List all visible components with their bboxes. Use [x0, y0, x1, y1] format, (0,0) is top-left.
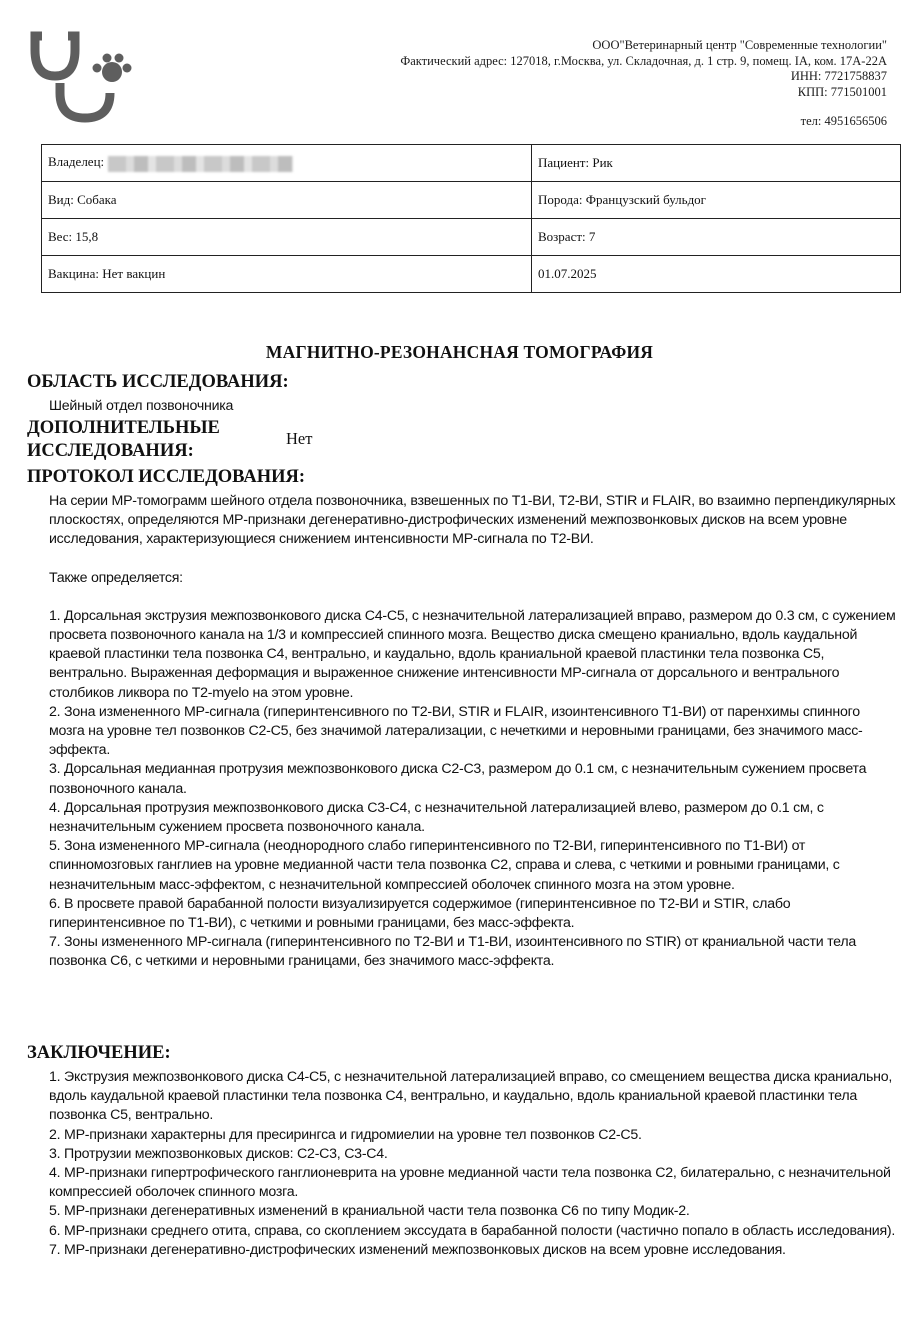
finding-item: 5. Зона измененного МР-сигнала (неодноро…: [49, 837, 899, 895]
finding-item: 2. Зона измененного МР-сигнала (гиперинт…: [49, 703, 899, 761]
conclusion-item: 3. Протрузии межпозвонковых дисков: С2-С…: [49, 1145, 899, 1164]
date-cell: 01.07.2025: [532, 256, 901, 293]
patient-cell: Пациент: Рик: [532, 145, 901, 182]
finding-item: 7. Зоны измененного МР-сигнала (гиперинт…: [49, 933, 899, 971]
conclusion-item: 6. МР-признаки среднего отита, справа, с…: [49, 1222, 899, 1241]
clinic-address: Фактический адрес: 127018, г.Москва, ул.…: [400, 54, 887, 70]
clinic-inn: ИНН: 7721758837: [400, 69, 887, 85]
protocol-heading: ПРОТОКОЛ ИССЛЕДОВАНИЯ:: [27, 466, 305, 488]
conclusion-item: 4. МР-признаки гипертрофического ганглио…: [49, 1164, 899, 1202]
clinic-logo: [30, 28, 140, 128]
protocol-intro: На серии МР-томограмм шейного отдела поз…: [49, 492, 899, 550]
findings-list: 1. Дорсальная экструзия межпозвонкового …: [49, 607, 899, 972]
table-row: Вид: Собака Порода: Французский бульдог: [42, 182, 901, 219]
clinic-kpp: КПП: 771501001: [400, 85, 887, 101]
finding-item: 1. Дорсальная экструзия межпозвонкового …: [49, 607, 899, 703]
patient-info-table: Владелец: Пациент: Рик Вид: Собака Пород…: [41, 144, 901, 293]
table-row: Владелец: Пациент: Рик: [42, 145, 901, 182]
clinic-header: ООО"Ветеринарный центр "Современные техн…: [400, 38, 887, 130]
clinic-phone: тел: 4951656506: [400, 114, 887, 130]
conclusion-list: 1. Экструзия межпозвонкового диска С4-С5…: [49, 1068, 899, 1260]
conclusion-heading: ЗАКЛЮЧЕНИЕ:: [27, 1042, 171, 1064]
finding-item: 6. В просвете правой барабанной полости …: [49, 895, 899, 933]
conclusion-item: 2. МР-признаки характерны для пресирингс…: [49, 1126, 899, 1145]
also-label: Также определяется:: [49, 569, 899, 588]
additional-value: Нет: [286, 429, 312, 449]
age-cell: Возраст: 7: [532, 219, 901, 256]
table-row: Вес: 15,8 Возраст: 7: [42, 219, 901, 256]
table-row: Вакцина: Нет вакцин 01.07.2025: [42, 256, 901, 293]
finding-item: 4. Дорсальная протрузия межпозвонкового …: [49, 799, 899, 837]
vaccine-cell: Вакцина: Нет вакцин: [42, 256, 532, 293]
breed-cell: Порода: Французский бульдог: [532, 182, 901, 219]
protocol-body: На серии МР-томограмм шейного отдела поз…: [49, 492, 899, 972]
owner-label: Владелец:: [48, 154, 104, 169]
owner-redacted: [108, 156, 293, 172]
conclusion-item: 7. МР-признаки дегенеративно-дистрофичес…: [49, 1241, 899, 1260]
additional-heading-line2: ИССЛЕДОВАНИЯ:: [27, 440, 194, 462]
additional-heading-line1: ДОПОЛНИТЕЛЬНЫЕ: [27, 417, 220, 439]
stethoscope-paw-icon: [30, 28, 140, 128]
conclusion-item: 1. Экструзия межпозвонкового диска С4-С5…: [49, 1068, 899, 1126]
clinic-name: ООО"Ветеринарный центр "Современные техн…: [400, 38, 887, 54]
finding-item: 3. Дорсальная медианная протрузия межпоз…: [49, 760, 899, 798]
weight-cell: Вес: 15,8: [42, 219, 532, 256]
report-title: МАГНИТНО-РЕЗОНАНСНАЯ ТОМОГРАФИЯ: [0, 342, 919, 363]
conclusion-item: 5. МР-признаки дегенеративных изменений …: [49, 1202, 899, 1221]
area-heading: ОБЛАСТЬ ИССЛЕДОВАНИЯ:: [27, 371, 289, 393]
owner-cell: Владелец:: [42, 145, 532, 182]
species-cell: Вид: Собака: [42, 182, 532, 219]
area-value: Шейный отдел позвоночника: [49, 397, 899, 416]
